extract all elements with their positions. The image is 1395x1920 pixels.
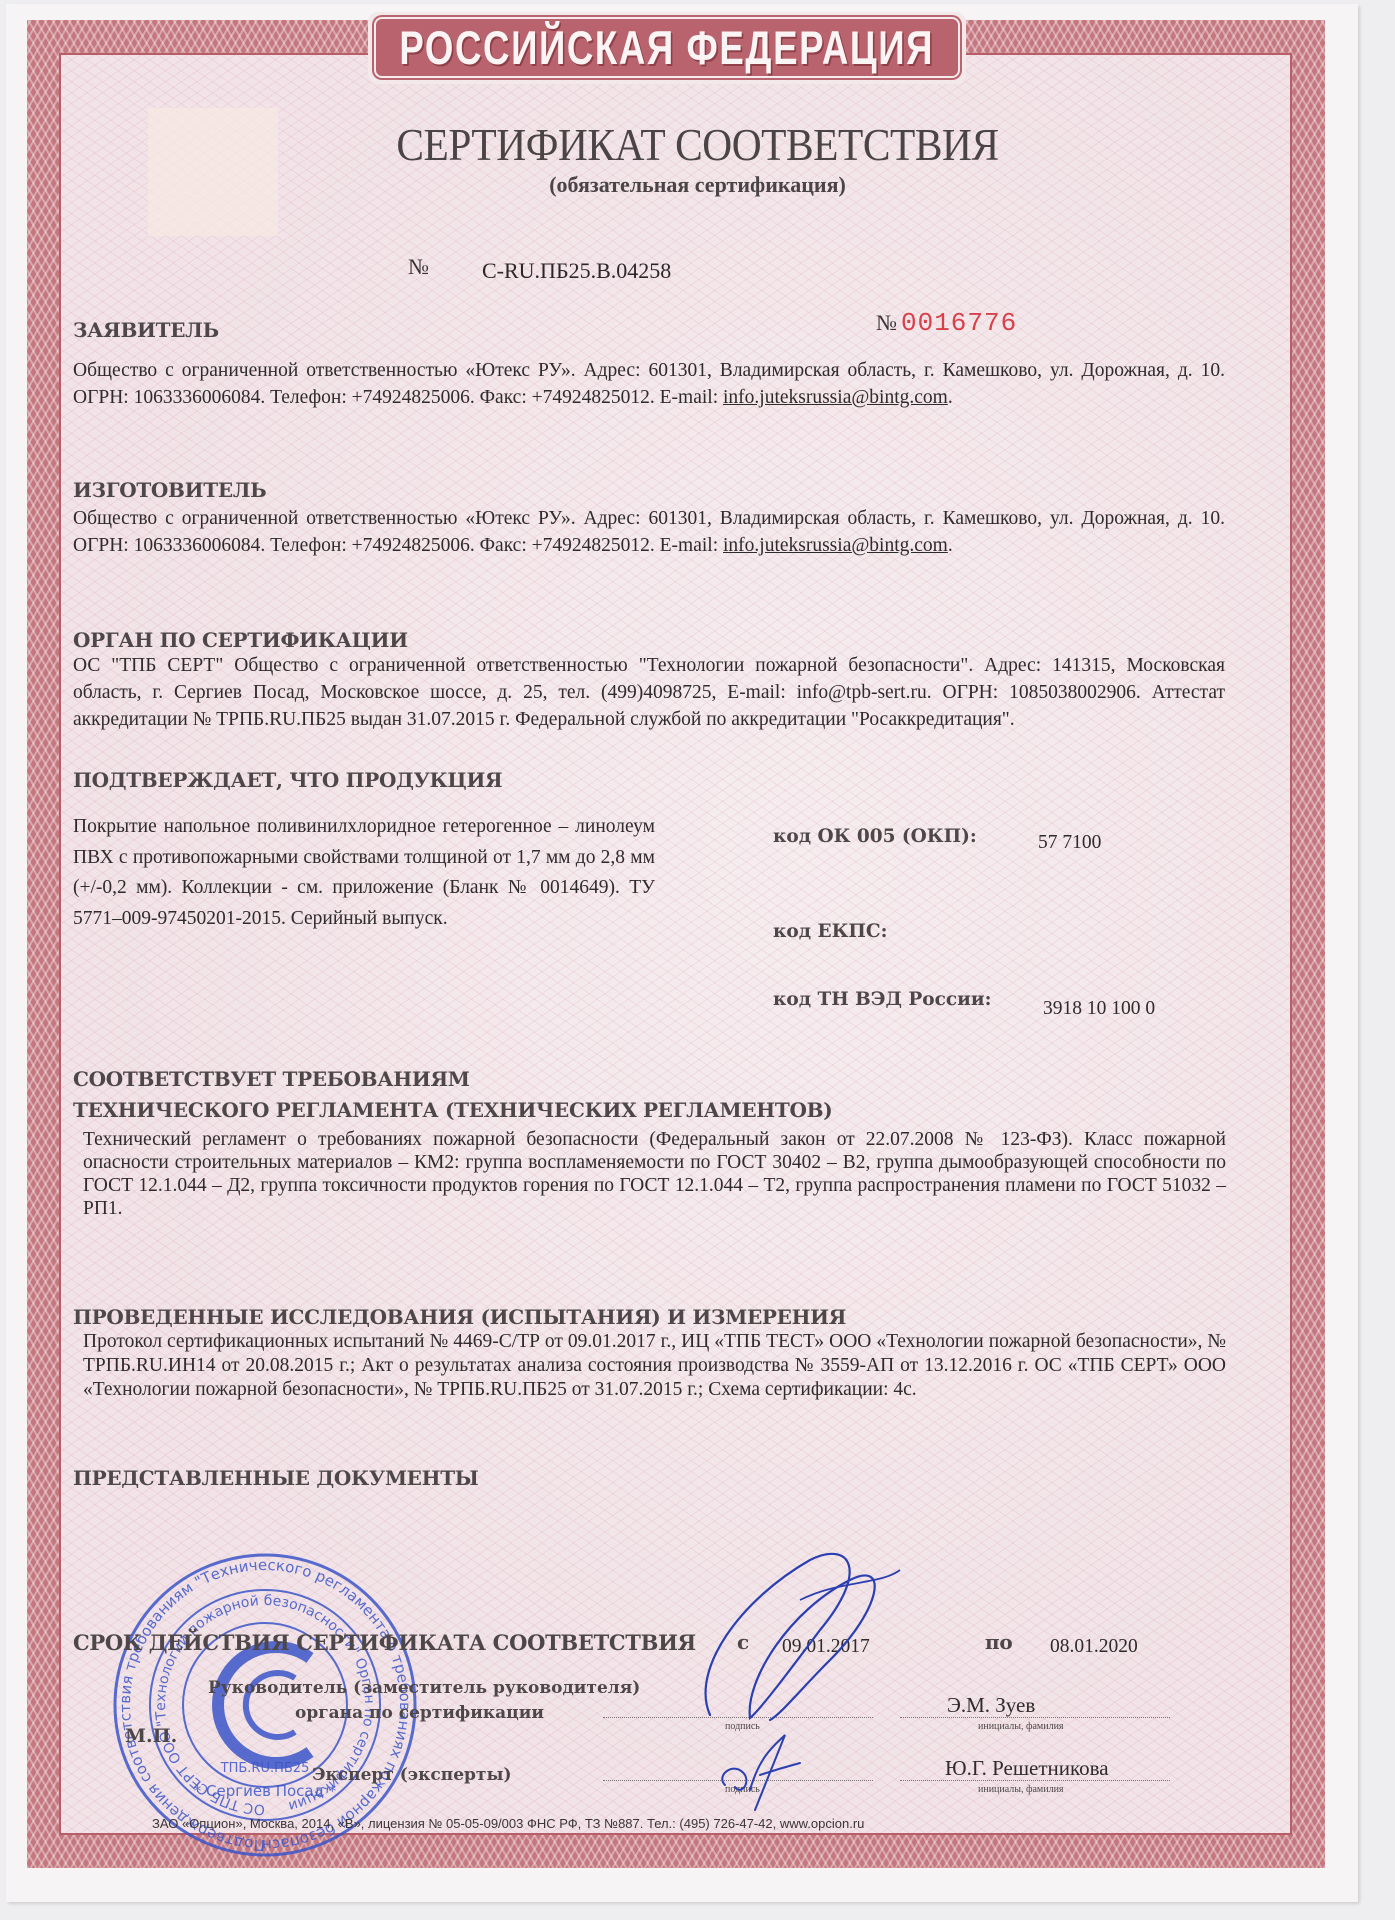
expert-name-line [900,1780,1170,1781]
requirements-heading-1: СООТВЕТСТВУЕТ ТРЕБОВАНИЯМ [73,1067,470,1091]
seal-mark: М.П. [125,1725,177,1747]
certification-body-heading: ОРГАН ПО СЕРТИФИКАЦИИ [73,628,408,652]
head-name-caption: инициалы, фамилия [978,1721,1064,1732]
punct: . [948,387,953,408]
head-name: Э.М. Зуев [947,1693,1035,1718]
manufacturer-details: Общество с ограниченной ответственностью… [73,505,1225,559]
validity-to-date: 08.01.2020 [1050,1636,1138,1658]
applicant-heading: ЗАЯВИТЕЛЬ [73,318,219,342]
validity-heading: СРОК ДЕЙСТВИЯ СЕРТИФИКАТА СООТВЕТСТВИЯ [73,1630,696,1655]
tests-heading: ПРОВЕДЕННЫЕ ИССЛЕДОВАНИЯ (ИСПЫТАНИЯ) И И… [73,1305,846,1329]
product-heading: ПОДТВЕРЖДАЕТ, ЧТО ПРОДУКЦИЯ [73,768,502,792]
tests-text: Протокол сертификационных испытаний № 44… [83,1330,1226,1402]
product-description: Покрытие напольное поливинилхлоридное ге… [73,812,655,934]
applicant-details: Общество с ограниченной ответственностью… [73,357,1225,411]
code-okp-label: код ОК 005 (ОКП): [773,826,977,847]
certification-body-text: ОС "ТПБ СЕРТ" Общество с ограниченной от… [73,652,1225,733]
head-signature-icon [650,1540,910,1740]
applicant-text: Общество с ограниченной ответственностью… [73,360,1225,408]
validity-to-label: по [985,1630,1012,1654]
head-label: Руководитель (заместитель руководителя) [208,1678,640,1698]
applicant-email-link[interactable]: info.juteksrussia@bintg.com [723,387,948,408]
requirements-text: Технический регламент о требованиях пожа… [83,1128,1226,1220]
documents-heading: ПРЕДСТАВЛЕННЫЕ ДОКУМЕНТЫ [73,1466,479,1490]
expert-name: Ю.Г. Решетникова [945,1756,1109,1781]
manufacturer-email-link[interactable]: info.juteksrussia@bintg.com [723,535,948,556]
number-sign: № [408,254,429,280]
certificate-number: C-RU.ПБ25.В.04258 [482,258,671,284]
banner-text: РОССИЙСКАЯ ФЕДЕРАЦИЯ [400,20,935,75]
head-name-line [900,1717,1170,1718]
expert-signature-icon [705,1715,815,1825]
blank-number-sign: № [876,310,897,335]
expert-name-caption: инициалы, фамилия [978,1784,1064,1795]
code-okp-value: 57 7100 [1038,832,1101,854]
svg-text:ТПБ.RU.ПБ25: ТПБ.RU.ПБ25 [220,1761,310,1776]
requirements-heading-2: ТЕХНИЧЕСКОГО РЕГЛАМЕНТА (ТЕХНИЧЕСКИХ РЕГ… [73,1098,832,1122]
country-banner: РОССИЙСКАЯ ФЕДЕРАЦИЯ [368,12,966,84]
document-subtitle: (обязательная сертификация) [0,172,1395,198]
punct: . [948,535,953,556]
head-label-2: органа по сертификации [295,1703,544,1723]
manufacturer-text: Общество с ограниченной ответственностью… [73,508,1225,556]
code-tnved-label: код ТН ВЭД России: [773,989,991,1010]
manufacturer-heading: ИЗГОТОВИТЕЛЬ [73,478,266,502]
blank-number: № 0016776 [876,308,1017,338]
code-tnved-value: 3918 10 100 0 [1043,998,1155,1020]
expert-label: Эксперт (эксперты) [312,1765,512,1785]
printer-imprint: ЗАО «Опцион», Москва, 2014, «В», лицензи… [152,1816,864,1831]
document-title: СЕРТИФИКАТ СООТВЕТСТВИЯ [70,118,1326,171]
code-ekps-label: код ЕКПС: [773,921,887,942]
blank-serial: 0016776 [901,308,1017,338]
